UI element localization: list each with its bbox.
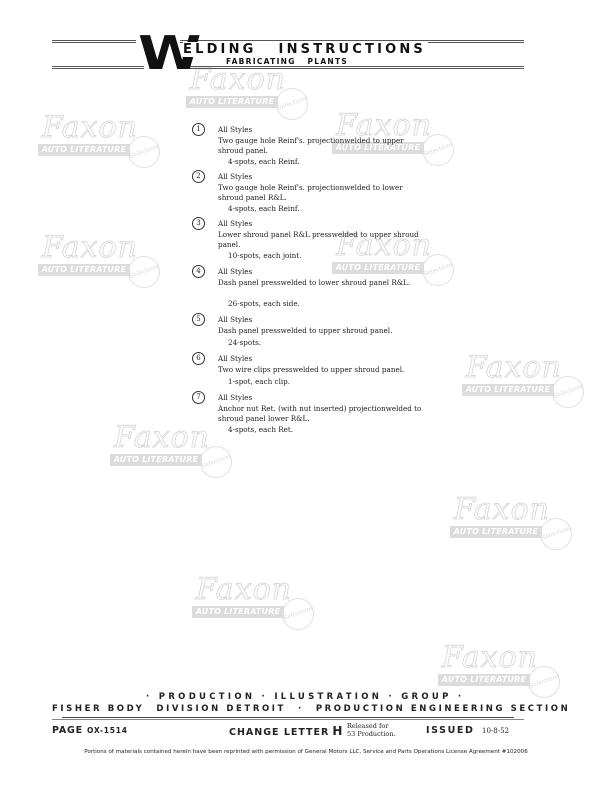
item-number-circle: 1 [192, 123, 205, 136]
item-number-circle: 5 [192, 313, 205, 326]
page-number-label: PAGEOX-1514 [52, 725, 128, 736]
watermark-bar: AUTO LITERATURE [450, 526, 542, 538]
item-description: Anchor nut Ret. (with nut inserted) proj… [218, 404, 448, 423]
header-rule-bottom-right-2 [180, 68, 524, 69]
page-label: PAGE [52, 725, 83, 736]
item-spots: 26-spots, each side. [228, 299, 300, 309]
item-spots: 4-spots, each Ret. [228, 425, 293, 435]
issued-label: ISSUED [426, 725, 474, 736]
watermark-seal: Selections [123, 251, 164, 292]
released-line-1: Released for [347, 722, 396, 730]
watermark-seal: Selections [523, 661, 564, 702]
item-style: All Styles [218, 393, 252, 403]
item-style: All Styles [218, 267, 252, 277]
item-style: All Styles [218, 172, 252, 182]
watermark-logo: Faxon [442, 640, 538, 675]
watermark: Faxon AUTO LITERATURE Selections [452, 350, 582, 412]
watermark-logo: Faxon [42, 110, 138, 145]
item-number-circle: 3 [192, 217, 205, 230]
watermark-bar: AUTO LITERATURE [38, 144, 130, 156]
watermark-bar: AUTO LITERATURE [110, 454, 202, 466]
document-page: Faxon AUTO LITERATURE Selections Faxon A… [0, 0, 612, 792]
item-description: Dash panel presswelded to lower shroud p… [218, 278, 428, 288]
watermark: Faxon AUTO LITERATURE Selections [440, 492, 570, 554]
header-rule-top-left-2 [52, 42, 136, 43]
watermark-seal: Selections [547, 371, 588, 412]
item-style: All Styles [218, 219, 252, 229]
title-part-1: ELDING [183, 42, 257, 57]
item-number-circle: 4 [192, 265, 205, 278]
title-part-2: INSTRUCTIONS [279, 42, 426, 57]
footer-rule [62, 717, 514, 718]
permission-notice: Portions of materials contained herein h… [0, 749, 612, 755]
watermark-seal: Selections [123, 131, 164, 172]
watermark-bar: AUTO LITERATURE [38, 264, 130, 276]
item-spots: 4-spots, each Reinf. [228, 204, 300, 214]
watermark: Faxon AUTO LITERATURE Selections [28, 110, 158, 172]
watermark-bar: AUTO LITERATURE [438, 674, 530, 686]
header-rule-top-right [180, 40, 524, 41]
change-letter-label: CHANGE LETTERH [229, 724, 343, 738]
item-spots: 10-spots, each joint. [228, 251, 301, 261]
item-spots: 24-spots. [228, 338, 261, 348]
page-subtitle: FABRICATING PLANTS [224, 57, 350, 66]
watermark-bar: AUTO LITERATURE [186, 96, 278, 108]
change-label: CHANGE LETTER [229, 727, 329, 738]
division-right: PRODUCTION ENGINEERING SECTION [316, 704, 570, 714]
item-description: Two gauge hole Reinf's. projectionwelded… [218, 183, 428, 202]
item-style: All Styles [218, 315, 252, 325]
footer-division-line: FISHER BODYDIVISION DETROIT·PRODUCTION E… [52, 704, 582, 714]
watermark-bar: AUTO LITERATURE [332, 262, 424, 274]
header-rule-bottom-right [180, 66, 524, 67]
footer-rule-2 [52, 719, 524, 720]
item-style: All Styles [218, 125, 252, 135]
watermark-seal: Selections [535, 513, 576, 554]
page-title: ELDINGINSTRUCTIONS [183, 42, 428, 57]
item-description: Lower shroud panel R&L presswelded to up… [218, 230, 428, 249]
header-rule-bottom-left [52, 66, 144, 67]
released-line-2: 53 Production. [347, 730, 396, 738]
item-number-circle: 6 [192, 352, 205, 365]
item-description: Dash panel presswelded to upper shroud p… [218, 326, 428, 336]
change-letter: H [332, 724, 343, 738]
division-separator: · [298, 704, 304, 714]
watermark-bar: AUTO LITERATURE [462, 384, 554, 396]
header-rule-top-left [52, 40, 136, 41]
division-mid: DIVISION DETROIT [156, 704, 286, 714]
watermark-seal: Selections [271, 83, 312, 124]
header-rule-bottom-left-2 [52, 68, 144, 69]
watermark-logo: Faxon [114, 420, 210, 455]
watermark-bar: AUTO LITERATURE [192, 606, 284, 618]
watermark-seal: Selections [277, 593, 318, 634]
issued-date: 10-8-52 [482, 727, 509, 735]
footer-group-line: · PRODUCTION · ILLUSTRATION · GROUP · [146, 692, 464, 702]
item-spots: 4-spots, each Reinf. [228, 157, 300, 167]
watermark-logo: Faxon [454, 492, 550, 527]
watermark: Faxon AUTO LITERATURE Selections [100, 420, 230, 482]
item-style: All Styles [218, 354, 252, 364]
watermark-logo: Faxon [466, 350, 562, 385]
watermark-logo: Faxon [42, 230, 138, 265]
item-number-circle: 2 [192, 170, 205, 183]
item-description: Two wire clips presswelded to upper shro… [218, 365, 428, 375]
item-description: Two gauge hole Reinf's. projectionwelded… [218, 136, 428, 155]
item-spots: 1-spot, each clip. [228, 377, 290, 387]
division-left: FISHER BODY [52, 704, 144, 714]
item-number-circle: 7 [192, 391, 205, 404]
watermark-seal: Selections [195, 441, 236, 482]
released-note: Released for 53 Production. [347, 722, 396, 738]
watermark: Faxon AUTO LITERATURE Selections [182, 572, 312, 634]
watermark: Faxon AUTO LITERATURE Selections [28, 230, 158, 292]
watermark-logo: Faxon [196, 572, 292, 607]
page-number: OX-1514 [87, 726, 128, 735]
